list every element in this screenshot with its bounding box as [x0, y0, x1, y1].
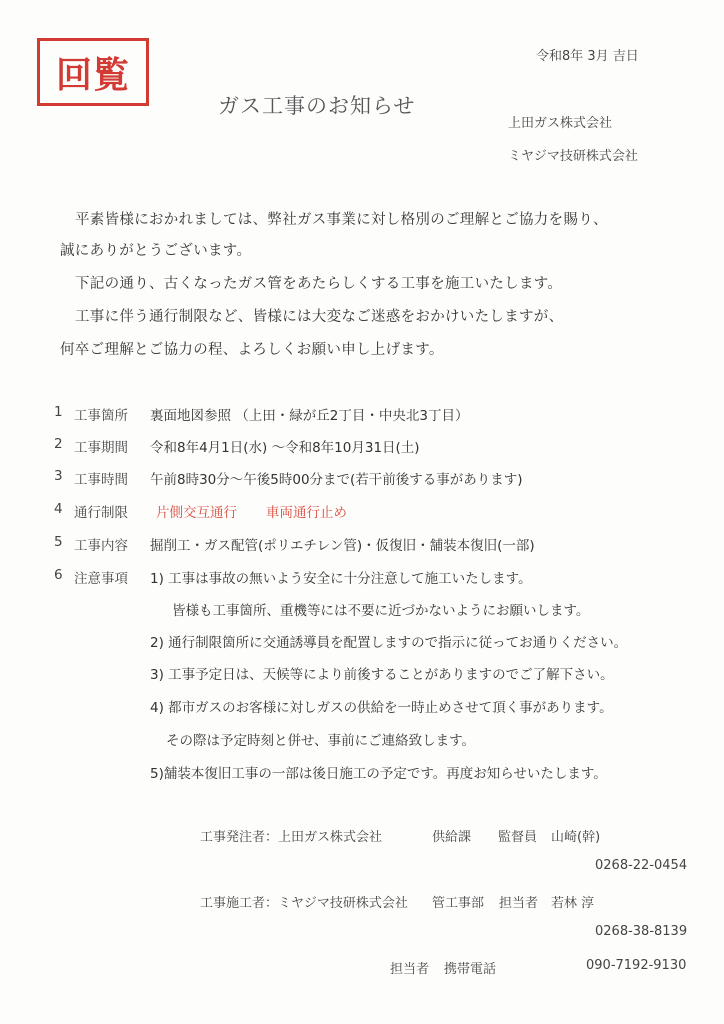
item-label: 工事箇所: [74, 404, 128, 424]
note-line: その際は予定時刻と併せ、事前にご連絡致します。: [166, 729, 475, 749]
item-number: 5: [54, 534, 63, 550]
note-line: 皆様も工事箇所、重機等には不要に近づかないようにお願いします。: [172, 599, 589, 619]
item-label: 工事内容: [74, 534, 128, 554]
item-value: 1) 工事は事故の無いよう安全に十分注意して施工いたします。: [150, 567, 532, 587]
circulation-stamp: 回覧: [37, 38, 149, 106]
orderer-dept: 供給課: [432, 826, 471, 845]
note-line: 2) 通行制限箇所に交通誘導員を配置しますので指示に従ってお通りください。: [150, 631, 627, 651]
item-value: 裏面地図参照 （上田・緑が丘2丁目・中央北3丁目）: [150, 404, 468, 424]
mobile-title: 担当者: [390, 958, 429, 977]
contractor-dept: 管工事部: [432, 892, 484, 911]
note-line: 3) 工事予定日は、天候等により前後することがありますのでご了解下さい。: [150, 663, 614, 683]
item-value: 令和8年4月1日(水) ～令和8年10月31日(土): [150, 436, 420, 456]
item-number: 1: [54, 404, 63, 420]
traffic-restriction-alternating: 片側交互通行: [156, 501, 237, 521]
document-title: ガス工事のお知らせ: [218, 90, 415, 120]
contractor-role: 工事施工者：ミヤジマ技研株式会社: [200, 892, 408, 911]
contractor-name: 若林 淳: [551, 892, 594, 911]
issue-date: 令和8年 3月 吉日: [536, 45, 639, 64]
traffic-restriction-closed: 車両通行止め: [266, 501, 347, 521]
intro-line: 工事に伴う通行制限など、皆様には大変なご迷惑をおかけいたしますが、: [75, 305, 563, 326]
mobile-phone: 090-7192-9130: [586, 958, 686, 973]
issuer-2: ミヤジマ技研株式会社: [508, 145, 638, 164]
item-label: 注意事項: [74, 567, 128, 587]
item-value: 午前8時30分～午後5時00分まで(若干前後する事があります): [150, 468, 523, 488]
orderer-phone: 0268-22-0454: [595, 858, 687, 873]
intro-line: 下記の通り、古くなったガス管をあたらしくする工事を施工いたします。: [75, 272, 562, 293]
item-number: 6: [54, 567, 63, 583]
item-label: 通行制限: [74, 501, 128, 521]
item-label: 工事期間: [74, 436, 128, 456]
item-label: 工事時間: [74, 468, 128, 488]
item-value: 掘削工・ガス配管(ポリエチレン管)・仮復旧・舗装本復旧(一部): [150, 534, 535, 554]
item-number: 3: [54, 468, 63, 484]
intro-line: 何卒ご理解とご協力の程、よろしくお願い申し上げます。: [60, 338, 444, 359]
intro-line: 誠にありがとうございます。: [60, 239, 251, 260]
contractor-title: 担当者: [499, 892, 538, 911]
orderer-role: 工事発注者：上田ガス株式会社: [200, 826, 382, 845]
item-number: 2: [54, 436, 63, 452]
orderer-title: 監督員: [498, 826, 537, 845]
item-number: 4: [54, 501, 63, 517]
orderer-name: 山崎(幹): [551, 826, 600, 845]
contractor-phone: 0268-38-8139: [595, 924, 687, 939]
issuer-1: 上田ガス株式会社: [508, 112, 612, 131]
intro-line: 平素皆様におかれましては、弊社ガス事業に対し格別のご理解とご協力を賜り、: [75, 208, 608, 229]
mobile-label: 携帯電話: [444, 958, 496, 977]
stamp-label: 回覧: [56, 47, 130, 98]
note-line: 5)舗装本復旧工事の一部は後日施工の予定です。再度お知らせいたします。: [150, 762, 607, 782]
note-line: 4) 都市ガスのお客様に対しガスの供給を一時止めさせて頂く事があります。: [150, 696, 613, 716]
